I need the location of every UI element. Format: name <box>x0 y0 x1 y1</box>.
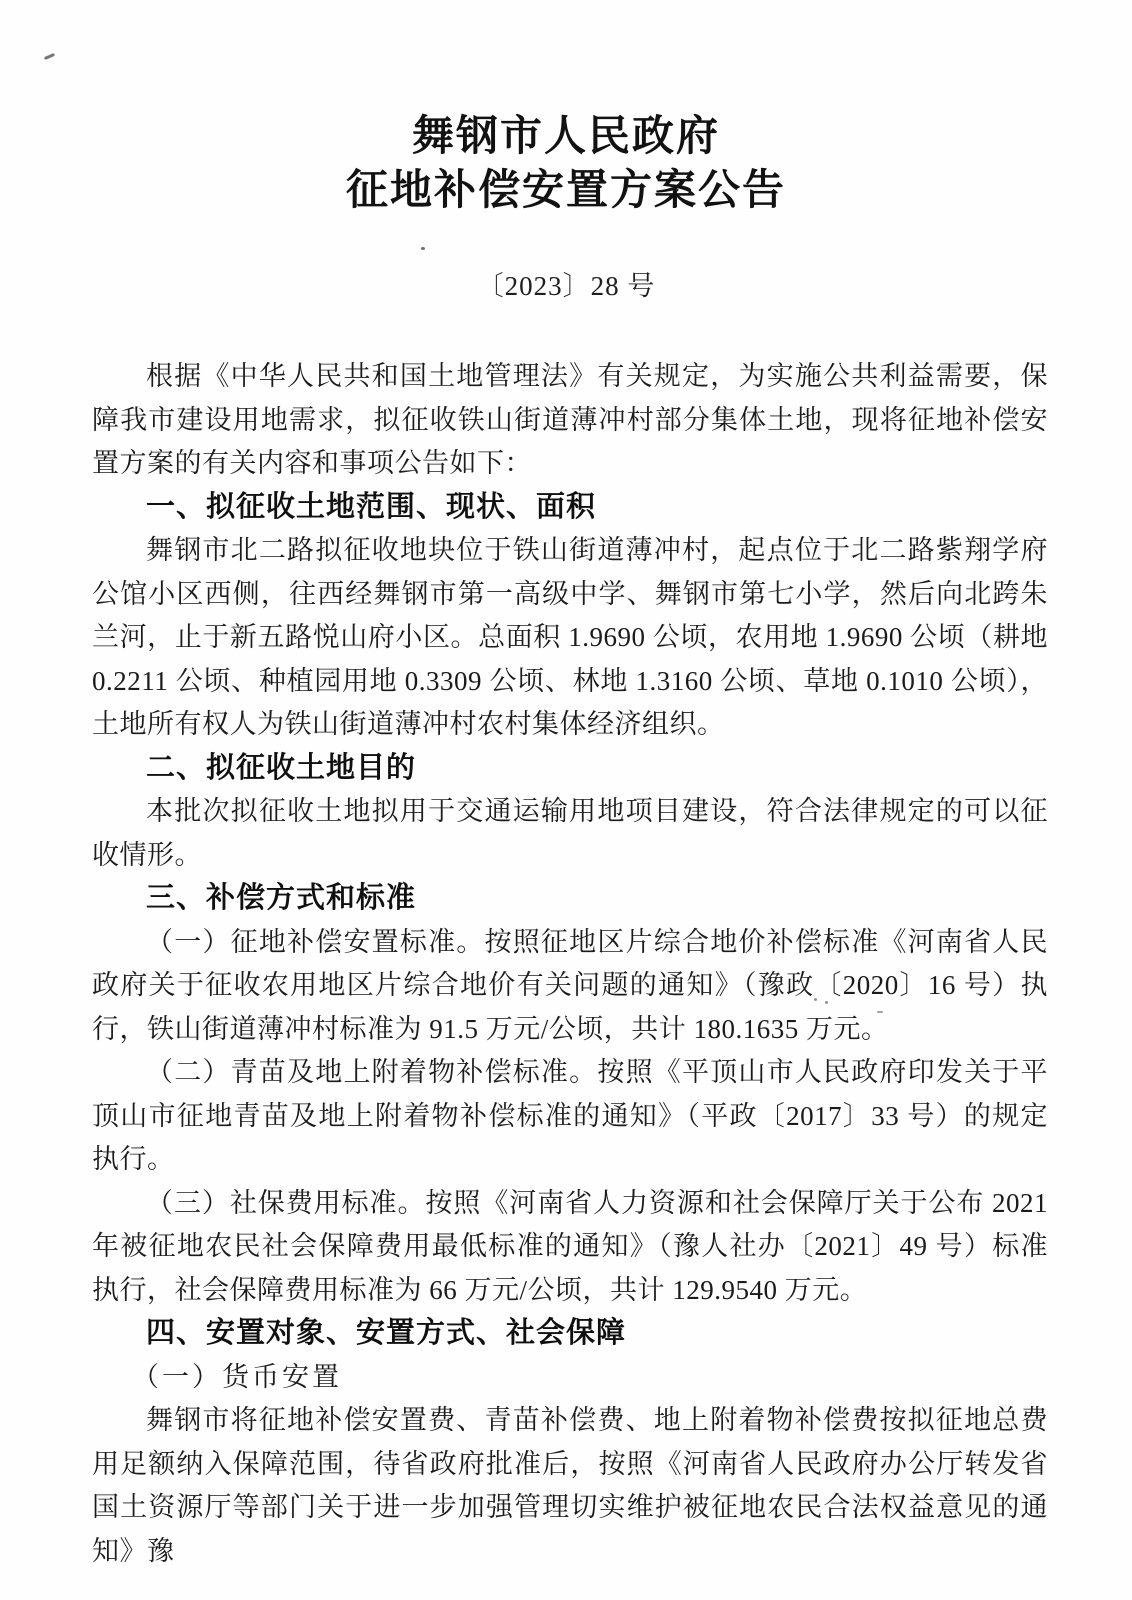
document-title-line1: 舞钢市人民政府 <box>0 113 1132 161</box>
section-3-item-2-paragraph: （二）青苗及地上附着物补偿标准。按照《平顶山市人民政府印发关于平顶山市征地青苗及… <box>92 1051 1048 1182</box>
section-1-heading: 一、拟征收土地范围、现状、面积 <box>92 486 1048 530</box>
section-1-paragraph: 舞钢市北二路拟征收地块位于铁山街道薄冲村，起点位于北二路紫翔学府公馆小区西侧，往… <box>92 529 1048 747</box>
document-number: 〔2023〕28 号 <box>0 270 1132 302</box>
scan-artifact-dot <box>421 247 425 250</box>
section-3-item-3-paragraph: （三）社保费用标准。按照《河南省人力资源和社会保障厅关于公布 2021 年被征地… <box>92 1182 1048 1313</box>
section-3-heading: 三、补偿方式和标准 <box>92 877 1048 921</box>
document-page: 舞钢市人民政府 征地补偿安置方案公告 〔2023〕28 号 根据《中华人民共和国… <box>0 0 1132 1600</box>
intro-paragraph: 根据《中华人民共和国土地管理法》有关规定，为实施公共利益需要，保障我市建设用地需… <box>92 355 1048 486</box>
scan-artifact-scribble <box>44 53 55 60</box>
section-4-heading: 四、安置对象、安置方式、社会保障 <box>92 1312 1048 1356</box>
section-2-paragraph: 本批次拟征收土地拟用于交通运输用地项目建设，符合法律规定的可以征收情形。 <box>92 790 1048 877</box>
section-2-heading: 二、拟征收土地目的 <box>92 747 1048 791</box>
document-title-line2: 征地补偿安置方案公告 <box>0 167 1132 215</box>
scan-artifact-speck <box>825 1001 828 1004</box>
section-4-paragraph: 舞钢市将征地补偿安置费、青苗补偿费、地上附着物补偿费按拟征地总费用足额纳入保障范… <box>92 1399 1048 1573</box>
scan-artifact-speck <box>814 998 817 1001</box>
document-body: 根据《中华人民共和国土地管理法》有关规定，为实施公共利益需要，保障我市建设用地需… <box>92 355 1048 1573</box>
section-3-item-1-paragraph: （一）征地补偿安置标准。按照征地区片综合地价补偿标准《河南省人民政府关于征收农用… <box>92 921 1048 1052</box>
scan-artifact-speck <box>877 1011 883 1013</box>
section-4-sub-1-heading: （一）货币安置 <box>92 1356 1048 1400</box>
